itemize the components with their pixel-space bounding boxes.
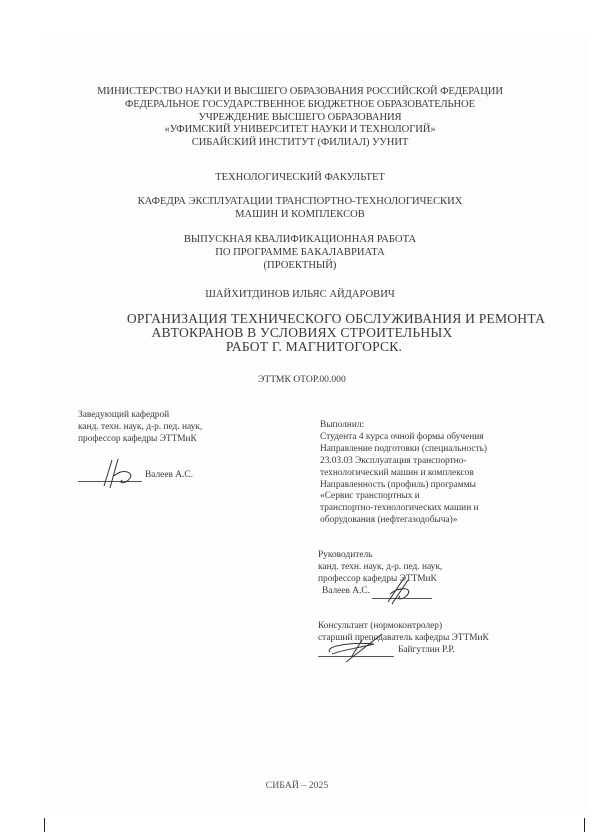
block-line: технологический машин и комплексов — [320, 468, 487, 480]
signature-icon — [322, 632, 398, 664]
footer-city-year: СИБАЙ – 2025 — [0, 780, 594, 791]
department-line: МАШИН И КОМПЛЕКСОВ — [60, 209, 540, 222]
header-line: МИНИСТЕРСТВО НАУКИ И ВЫСШЕГО ОБРАЗОВАНИЯ… — [60, 86, 540, 99]
title-line: АВТОКРАНОВ В УСЛОВИЯХ СТРОИТЕЛЬНЫХ — [92, 326, 512, 340]
header-line: ФЕДЕРАЛЬНОЕ ГОСУДАРСТВЕННОЕ БЮДЖЕТНОЕ ОБ… — [60, 99, 540, 112]
block-line: 23.03.03 Эксплуатация транспортно- — [320, 456, 487, 468]
block-line: канд. техн. наук, д-р. пед. наук, — [78, 422, 202, 434]
signature-icon — [100, 458, 140, 490]
work-type-line: ВЫПУСКНАЯ КВАЛИФИКАЦИОННАЯ РАБОТА — [60, 234, 540, 247]
author-name: ШАЙХИТДИНОВ ИЛЬЯС АЙДАРОВИЧ — [60, 289, 540, 300]
block-line: профессор кафедры ЭТТМиК — [318, 574, 442, 586]
signer-name: Валеев А.С. — [322, 586, 370, 596]
block-line: транспортно-технологических машин и — [320, 503, 487, 515]
department-line: КАФЕДРА ЭКСПЛУАТАЦИИ ТРАНСПОРТНО-ТЕХНОЛО… — [60, 196, 540, 209]
signer-name: Байгутлин Р.Р. — [398, 645, 455, 655]
department: КАФЕДРА ЭКСПЛУАТАЦИИ ТРАНСПОРТНО-ТЕХНОЛО… — [60, 196, 540, 222]
header-line: СИБАЙСКИЙ ИНСТИТУТ (ФИЛИАЛ) УУНИТ — [60, 137, 540, 150]
scan-edge-mark — [584, 818, 585, 832]
block-line: Студента 4 курса очной формы обучения — [320, 432, 487, 444]
header-line: «УФИМСКИЙ УНИВЕРСИТЕТ НАУКИ И ТЕХНОЛОГИЙ… — [60, 124, 540, 137]
executor-block: Выполнил: Студента 4 курса очной формы о… — [320, 420, 487, 527]
signer-name: Валеев А.С. — [145, 470, 193, 480]
work-type-line: (ПРОЕКТНЫЙ) — [60, 260, 540, 273]
faculty: ТЕХНОЛОГИЧЕСКИЙ ФАКУЛЬТЕТ — [60, 172, 540, 183]
supervisor-block: Руководитель канд. техн. наук, д-р. пед.… — [318, 550, 442, 586]
block-line: оборудования (нефтегазодобыча)» — [320, 515, 487, 527]
title-line: ОРГАНИЗАЦИЯ ТЕХНИЧЕСКОГО ОБСЛУЖИВАНИЯ И … — [126, 312, 546, 326]
block-line: «Сервис транспортных и — [320, 491, 487, 503]
scan-edge-mark — [44, 818, 45, 832]
block-line: Направленность (профиль) программы — [320, 480, 487, 492]
work-type-line: ПО ПРОГРАММЕ БАКАЛАВРИАТА — [60, 247, 540, 260]
block-line: Выполнил: — [320, 420, 487, 432]
work-type: ВЫПУСКНАЯ КВАЛИФИКАЦИОННАЯ РАБОТА ПО ПРО… — [60, 234, 540, 272]
head-of-department-block: Заведующий кафедрой канд. техн. наук, д-… — [78, 410, 202, 446]
title-line: РАБОТ Г. МАГНИТОГОРСК. — [104, 340, 524, 354]
signature-icon — [382, 576, 418, 606]
block-line: Руководитель — [318, 550, 442, 562]
block-line: профессор кафедры ЭТТМиК — [78, 434, 202, 446]
header-line: УЧРЕЖДЕНИЕ ВЫСШЕГО ОБРАЗОВАНИЯ — [60, 112, 540, 125]
document-code: ЭТТМК ОТОР.00.000 — [258, 374, 346, 385]
ministry-header: МИНИСТЕРСТВО НАУКИ И ВЫСШЕГО ОБРАЗОВАНИЯ… — [60, 86, 540, 150]
block-line: канд. техн. наук, д-р. пед. наук, — [318, 562, 442, 574]
block-line: Заведующий кафедрой — [78, 410, 202, 422]
block-line: Направление подготовки (специальность) — [320, 444, 487, 456]
thesis-title: ОРГАНИЗАЦИЯ ТЕХНИЧЕСКОГО ОБСЛУЖИВАНИЯ И … — [100, 312, 520, 354]
